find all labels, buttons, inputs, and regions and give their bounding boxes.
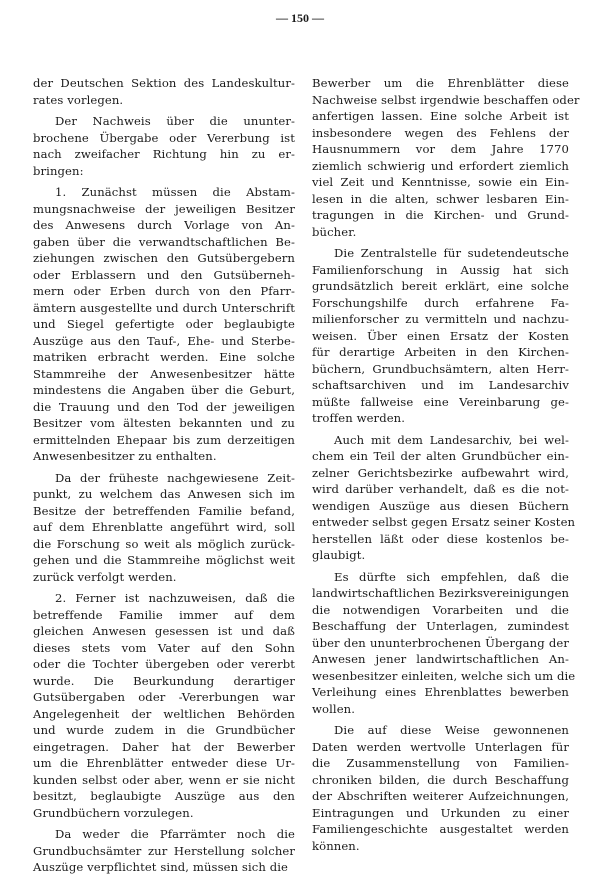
text-line: die Zusammenstellung von Familien- bbox=[312, 755, 569, 772]
text-line: Anwesenbesitzer zu enthalten. bbox=[33, 448, 295, 465]
text-line: und wurde zudem in die Grundbücher bbox=[33, 722, 295, 739]
text-line: auf dem Ehrenblatte angeführt wird, soll bbox=[33, 519, 295, 536]
text-line: weisen. Über einen Ersatz der Kosten bbox=[312, 328, 569, 345]
text-line: Besitzer vom ältesten bekannten und zu bbox=[33, 415, 295, 432]
text-line: oder die Tochter übergeben oder vererbt bbox=[33, 656, 295, 673]
text-line: ziehungen zwischen den Gutsübergebern bbox=[33, 250, 295, 267]
text-line: müßte fallweise eine Vereinbarung ge- bbox=[312, 394, 569, 411]
text-line: insbesondere wegen des Fehlens der bbox=[312, 125, 569, 142]
right-column: Bewerber um die Ehrenblätter dieseNachwe… bbox=[312, 75, 569, 854]
text-line: Grundbuchsämter zur Herstellung solcher bbox=[33, 843, 295, 860]
text-line: besitzt, beglaubigte Auszüge aus den bbox=[33, 788, 295, 805]
text-line: 1. Zunächst müssen die Abstam- bbox=[33, 184, 295, 201]
text-line: Stammreihe der Anwesenbesitzer hätte bbox=[33, 366, 295, 383]
text-line: matriken erbracht werden. Eine solche bbox=[33, 349, 295, 366]
text-line: wesenbesitzer einleiten, welche sich um … bbox=[312, 668, 569, 685]
text-line: zelner Gerichtsbezirke aufbewahrt wird, bbox=[312, 465, 569, 482]
text-line: brochene Übergabe oder Vererbung ist bbox=[33, 130, 295, 147]
text-line: können. bbox=[312, 838, 569, 855]
text-line: des Anwesens durch Vorlage von An- bbox=[33, 217, 295, 234]
text-line: Der Nachweis über die ununter- bbox=[33, 113, 295, 130]
text-line: gleichen Anwesen gesessen ist und daß bbox=[33, 623, 295, 640]
text-line: Gutsübergaben oder -Vererbungen war bbox=[33, 689, 295, 706]
text-line: Daten werden wertvolle Unterlagen für bbox=[312, 739, 569, 756]
text-line: ziemlich schwierig und erfordert ziemlic… bbox=[312, 158, 569, 175]
text-line: herstellen läßt oder diese kostenlos be- bbox=[312, 531, 569, 548]
text-line: eingetragen. Daher hat der Bewerber bbox=[33, 739, 295, 756]
text-line: lesen in die alten, schwer lesbaren Ein- bbox=[312, 191, 569, 208]
text-line: ämtern ausgestellte und durch Unterschri… bbox=[33, 300, 295, 317]
text-line: Nachweise selbst irgendwie beschaffen od… bbox=[312, 92, 569, 109]
text-line: glaubigt. bbox=[312, 547, 569, 564]
text-line: um die Ehrenblätter entweder diese Ur- bbox=[33, 755, 295, 772]
text-line: und Siegel gefertigte oder beglaubigte bbox=[33, 316, 295, 333]
text-line: ermittelnden Ehepaar bis zum derzeitigen bbox=[33, 432, 295, 449]
text-line: Eintragungen und Urkunden zu einer bbox=[312, 805, 569, 822]
text-line: die Forschung so weit als möglich zurück… bbox=[33, 536, 295, 553]
paragraph: Auch mit dem Landesarchiv, bei wel-chem … bbox=[312, 432, 569, 564]
paragraph: Da weder die Pfarrämter noch dieGrundbuc… bbox=[33, 826, 295, 876]
paragraph: Der Nachweis über die ununter-brochene Ü… bbox=[33, 113, 295, 179]
text-line: die Trauung und den Tod der jeweiligen bbox=[33, 399, 295, 416]
text-line: zurück verfolgt werden. bbox=[33, 569, 295, 586]
text-line: wendigen Auszüge aus diesen Büchern bbox=[312, 498, 569, 515]
text-line: oder Erblassern und den Gutsübernеh- bbox=[33, 267, 295, 284]
text-line: rates vorlegen. bbox=[33, 92, 295, 109]
text-line: Grundbüchern vorzulegen. bbox=[33, 805, 295, 822]
text-line: chroniken bilden, die durch Beschaffung bbox=[312, 772, 569, 789]
text-line: über den ununterbrochenen Übergang der bbox=[312, 635, 569, 652]
text-line: milienforscher zu vermitteln und nachzu- bbox=[312, 311, 569, 328]
text-line: landwirtschaftlichen Bezirksvereinigunge… bbox=[312, 585, 569, 602]
text-line: Verleihung eines Ehrenblattes bewerben bbox=[312, 684, 569, 701]
text-line: Bewerber um die Ehrenblätter diese bbox=[312, 75, 569, 92]
text-line: Familiengeschichte ausgestaltet werden bbox=[312, 821, 569, 838]
text-line: betreffende Familie immer auf dem bbox=[33, 607, 295, 624]
text-line: kunden selbst oder aber, wenn er sie nic… bbox=[33, 772, 295, 789]
text-line: büchern, Grundbuchsämtern, alten Herr- bbox=[312, 361, 569, 378]
text-line: mungsnachweise der jeweiligen Besitzer bbox=[33, 201, 295, 218]
text-line: Da der früheste nachgewiesene Zeit- bbox=[33, 470, 295, 487]
paragraph: 1. Zunächst müssen die Abstam-mungsnachw… bbox=[33, 184, 295, 465]
text-line: mindestens die Angaben über die Geburt, bbox=[33, 382, 295, 399]
text-line: mern oder Erben durch von den Pfarr- bbox=[33, 283, 295, 300]
text-line: bücher. bbox=[312, 224, 569, 241]
text-line: Die auf diese Weise gewonnenen bbox=[312, 722, 569, 739]
text-line: Auszüge aus den Tauf-, Ehe- und Sterbe- bbox=[33, 333, 295, 350]
text-line: grundsätzlich bereit erklärt, eine solch… bbox=[312, 278, 569, 295]
text-line: wurde. Die Beurkundung derartiger bbox=[33, 673, 295, 690]
text-line: troffen werden. bbox=[312, 410, 569, 427]
page-number: — 150 — bbox=[0, 11, 600, 26]
text-line: Die Zentralstelle für sudetendeutsche bbox=[312, 245, 569, 262]
text-line: nach zweifacher Richtung hin zu er- bbox=[33, 146, 295, 163]
paragraph: Da der früheste nachgewiesene Zeit-punkt… bbox=[33, 470, 295, 586]
text-line: Familienforschung in Aussig hat sich bbox=[312, 262, 569, 279]
text-line: der Abschriften weiterer Aufzeichnungen, bbox=[312, 788, 569, 805]
paragraph: Die Zentralstelle für sudetendeutscheFam… bbox=[312, 245, 569, 427]
paragraph: Die auf diese Weise gewonnenenDaten werd… bbox=[312, 722, 569, 854]
text-line: chem ein Teil der alten Grundbücher ein- bbox=[312, 448, 569, 465]
text-line: punkt, zu welchem das Anwesen sich im bbox=[33, 486, 295, 503]
text-line: viel Zeit und Kenntnisse, sowie ein Ein- bbox=[312, 174, 569, 191]
text-line: entweder selbst gegen Ersatz seiner Kost… bbox=[312, 514, 569, 531]
text-line: bringen: bbox=[33, 163, 295, 180]
left-column: der Deutschen Sektion des Landeskultur-r… bbox=[33, 75, 295, 876]
text-line: der Deutschen Sektion des Landeskultur- bbox=[33, 75, 295, 92]
paragraph: der Deutschen Sektion des Landeskultur-r… bbox=[33, 75, 295, 108]
text-line: die notwendigen Vorarbeiten und die bbox=[312, 602, 569, 619]
text-line: wird darüber verhandelt, daß es die not- bbox=[312, 481, 569, 498]
text-line: Anwesen jener landwirtschaftlichen An- bbox=[312, 651, 569, 668]
text-line: dieses stets vom Vater auf den Sohn bbox=[33, 640, 295, 657]
text-line: Beschaffung der Unterlagen, zumindest bbox=[312, 618, 569, 635]
text-line: gaben über die verwandtschaftlichen Be- bbox=[33, 234, 295, 251]
text-line: Forschungshilfe durch erfahrene Fa- bbox=[312, 295, 569, 312]
text-line: Angelegenheit der weltlichen Behörden bbox=[33, 706, 295, 723]
text-line: wollen. bbox=[312, 701, 569, 718]
text-line: 2. Ferner ist nachzuweisen, daß die bbox=[33, 590, 295, 607]
text-line: Auszüge verpflichtet sind, müssen sich d… bbox=[33, 859, 295, 876]
text-line: Besitze der betreffenden Familie befand, bbox=[33, 503, 295, 520]
text-line: anfertigen lassen. Eine solche Arbeit is… bbox=[312, 108, 569, 125]
paragraph: Bewerber um die Ehrenblätter dieseNachwe… bbox=[312, 75, 569, 240]
text-line: Da weder die Pfarrämter noch die bbox=[33, 826, 295, 843]
text-line: Hausnummern vor dem Jahre 1770 bbox=[312, 141, 569, 158]
text-line: gehen und die Stammreihe möglichst weit bbox=[33, 552, 295, 569]
text-line: Auch mit dem Landesarchiv, bei wel- bbox=[312, 432, 569, 449]
paragraph: 2. Ferner ist nachzuweisen, daß diebetre… bbox=[33, 590, 295, 821]
text-line: tragungen in die Kirchen- und Grund- bbox=[312, 207, 569, 224]
text-line: Es dürfte sich empfehlen, daß die bbox=[312, 569, 569, 586]
paragraph: Es dürfte sich empfehlen, daß dielandwir… bbox=[312, 569, 569, 718]
text-line: für derartige Arbeiten in den Kirchen- bbox=[312, 344, 569, 361]
text-line: schaftsarchiven und im Landesarchiv bbox=[312, 377, 569, 394]
